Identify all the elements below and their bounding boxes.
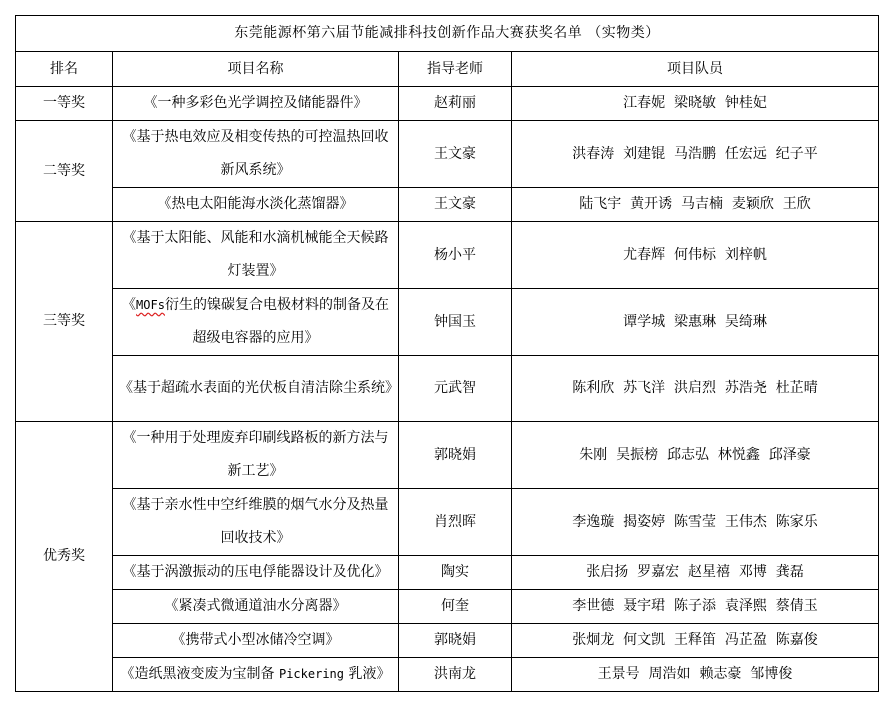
members: 李世德 聂宇珺 陈子添 袁泽熙 蔡倩玉 [512, 590, 879, 624]
project-name: 《MOFs衍生的镍碳复合电极材料的制备及在超级电容器的应用》 [113, 289, 399, 356]
members: 张启扬 罗嘉宏 赵星禧 邓博 龚磊 [512, 556, 879, 590]
advisor: 元武智 [399, 356, 512, 422]
table-row: 二等奖 《基于热电效应及相变传热的可控温热回收新风系统》 王文豪 洪春涛 刘建锟… [16, 121, 879, 188]
rank-second: 二等奖 [16, 121, 113, 222]
table-title: 东莞能源杯第六届节能减排科技创新作品大赛获奖名单 （实物类） [16, 16, 879, 52]
project-name-suffix: 乳液》 [344, 666, 390, 682]
members: 洪春涛 刘建锟 马浩鹏 任宏远 纪子平 [512, 121, 879, 188]
members: 陆飞宇 黄开诱 马吉楠 麦颖欣 王欣 [512, 188, 879, 222]
table-row: 《基于超疏水表面的光伏板自清洁除尘系统》 元武智 陈利欣 苏飞洋 洪启烈 苏浩尧… [16, 356, 879, 422]
table-row: 《基于亲水性中空纤维膜的烟气水分及热量回收技术》 肖烈晖 李逸璇 揭姿婷 陈雪莹… [16, 489, 879, 556]
advisor: 郭晓娟 [399, 624, 512, 658]
advisor: 王文豪 [399, 188, 512, 222]
members: 江春妮 梁晓敏 钟桂妃 [512, 87, 879, 121]
members: 谭学城 梁惠琳 吴绮琳 [512, 289, 879, 356]
project-name: 《基于超疏水表面的光伏板自清洁除尘系统》 [113, 356, 399, 422]
header-row: 排名 项目名称 指导老师 项目队员 [16, 52, 879, 87]
project-name: 《基于涡激振动的压电俘能器设计及优化》 [113, 556, 399, 590]
project-name: 《基于太阳能、风能和水滴机械能全天候路灯装置》 [113, 222, 399, 289]
rank-excellence: 优秀奖 [16, 422, 113, 692]
table-row: 《基于涡激振动的压电俘能器设计及优化》 陶实 张启扬 罗嘉宏 赵星禧 邓博 龚磊 [16, 556, 879, 590]
header-members: 项目队员 [512, 52, 879, 87]
project-name: 《基于亲水性中空纤维膜的烟气水分及热量回收技术》 [113, 489, 399, 556]
rank-third: 三等奖 [16, 222, 113, 422]
advisor: 杨小平 [399, 222, 512, 289]
project-name: 《热电太阳能海水淡化蒸馏器》 [113, 188, 399, 222]
members: 张炯龙 何文凯 王释笛 冯芷盈 陈嘉俊 [512, 624, 879, 658]
project-name-suffix: 衍生的镍碳复合电极材料的制备及在超级电容器的应用》 [165, 297, 389, 346]
header-project: 项目名称 [113, 52, 399, 87]
advisor: 郭晓娟 [399, 422, 512, 489]
project-name: 《紧凑式微通道油水分离器》 [113, 590, 399, 624]
advisor: 钟国玉 [399, 289, 512, 356]
project-name-prefix: 《 [122, 297, 136, 313]
advisor: 洪南龙 [399, 658, 512, 692]
table-row: 《热电太阳能海水淡化蒸馏器》 王文豪 陆飞宇 黄开诱 马吉楠 麦颖欣 王欣 [16, 188, 879, 222]
members: 尤春辉 何伟标 刘梓帆 [512, 222, 879, 289]
project-name: 《一种多彩色光学调控及储能器件》 [113, 87, 399, 121]
members: 李逸璇 揭姿婷 陈雪莹 王伟杰 陈家乐 [512, 489, 879, 556]
advisor: 赵莉丽 [399, 87, 512, 121]
table-row: 《造纸黑液变废为宝制备 Pickering 乳液》 洪南龙 王景号 周浩如 赖志… [16, 658, 879, 692]
members: 朱刚 吴振榜 邱志弘 林悦鑫 邱泽豪 [512, 422, 879, 489]
spellcheck-flagged-word: MOFs [136, 298, 165, 312]
advisor: 肖烈晖 [399, 489, 512, 556]
awards-table: 东莞能源杯第六届节能减排科技创新作品大赛获奖名单 （实物类） 排名 项目名称 指… [15, 15, 879, 692]
project-name: 《基于热电效应及相变传热的可控温热回收新风系统》 [113, 121, 399, 188]
members: 陈利欣 苏飞洋 洪启烈 苏浩尧 杜芷晴 [512, 356, 879, 422]
project-name: 《造纸黑液变废为宝制备 Pickering 乳液》 [113, 658, 399, 692]
advisor: 王文豪 [399, 121, 512, 188]
project-name: 《一种用于处理废弃印刷线路板的新方法与新工艺》 [113, 422, 399, 489]
project-name-prefix: 《造纸黑液变废为宝制备 [121, 666, 279, 682]
header-rank: 排名 [16, 52, 113, 87]
table-row: 《MOFs衍生的镍碳复合电极材料的制备及在超级电容器的应用》 钟国玉 谭学城 梁… [16, 289, 879, 356]
table-row: 一等奖 《一种多彩色光学调控及储能器件》 赵莉丽 江春妮 梁晓敏 钟桂妃 [16, 87, 879, 121]
project-name: 《携带式小型冰储冷空调》 [113, 624, 399, 658]
members: 王景号 周浩如 赖志豪 邹博俊 [512, 658, 879, 692]
table-row: 三等奖 《基于太阳能、风能和水滴机械能全天候路灯装置》 杨小平 尤春辉 何伟标 … [16, 222, 879, 289]
project-name-latin: Pickering [279, 667, 344, 681]
header-advisor: 指导老师 [399, 52, 512, 87]
table-row: 《携带式小型冰储冷空调》 郭晓娟 张炯龙 何文凯 王释笛 冯芷盈 陈嘉俊 [16, 624, 879, 658]
rank-first: 一等奖 [16, 87, 113, 121]
table-row: 优秀奖 《一种用于处理废弃印刷线路板的新方法与新工艺》 郭晓娟 朱刚 吴振榜 邱… [16, 422, 879, 489]
advisor: 陶实 [399, 556, 512, 590]
table-row: 《紧凑式微通道油水分离器》 何奎 李世德 聂宇珺 陈子添 袁泽熙 蔡倩玉 [16, 590, 879, 624]
advisor: 何奎 [399, 590, 512, 624]
